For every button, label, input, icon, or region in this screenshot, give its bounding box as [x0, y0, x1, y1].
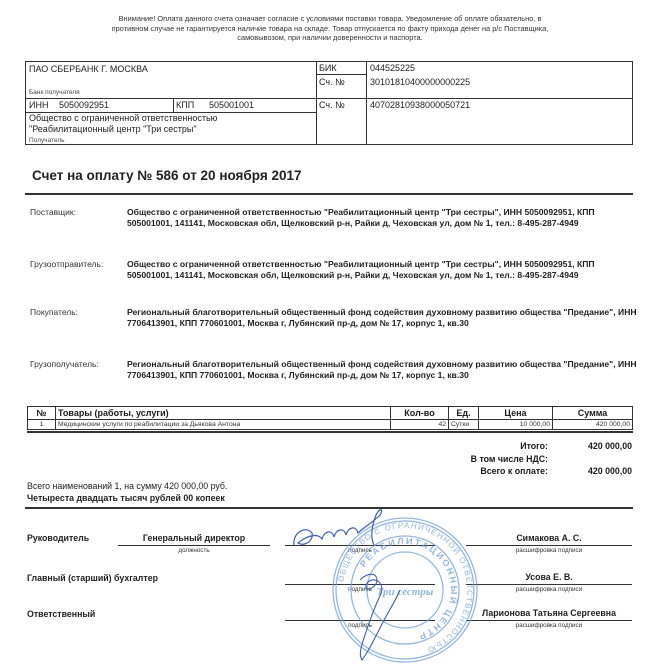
pay-row: Всего к оплате: 420 000,00 — [372, 466, 632, 479]
consignee-label: Грузополучатель: — [30, 359, 130, 369]
kpp-value: 505001001 — [209, 100, 254, 110]
row-unit: Сутки — [449, 420, 479, 430]
corr-account-label: Сч. № — [319, 77, 345, 87]
col-quantity: Кол-во — [391, 407, 449, 420]
bank-name: ПАО СБЕРБАНК Г. МОСКВА — [29, 64, 148, 74]
bank-details-table: ПАО СБЕРБАНК Г. МОСКВА Банк получателя Б… — [25, 61, 633, 145]
total-value: 420 000,00 — [548, 441, 632, 454]
accountant-name-line — [466, 584, 632, 585]
col-sum: Сумма — [553, 407, 633, 420]
head-signature-icon — [284, 505, 404, 565]
summary-divider — [25, 507, 633, 509]
account-label: Сч. № — [319, 100, 345, 110]
total-label: Итого: — [520, 441, 548, 454]
table-row: 1 Медицинские услуги по реабилитации за … — [28, 420, 633, 430]
bik-label: БИК — [319, 63, 337, 73]
accountant-signature-icon — [340, 560, 430, 664]
items-header-row: № Товары (работы, услуги) Кол-во Ед. Цен… — [28, 407, 633, 420]
accountant-signature-caption: подпись — [330, 586, 390, 593]
head-signature-caption: подпись — [330, 547, 390, 554]
responsible-name-line — [466, 620, 632, 621]
recipient-name-line1: Общество с ограниченной ответственностью — [29, 113, 217, 123]
totals-block: Итого: 420 000,00 В том числе НДС: Всего… — [372, 441, 632, 479]
row-goods: Медицинские услуги по реабилитации за Дь… — [56, 420, 391, 430]
bik-value: 044525225 — [370, 63, 415, 73]
pay-value: 420 000,00 — [548, 466, 632, 479]
row-sum: 420 000,00 — [553, 420, 633, 430]
consignee-value: Региональный благотворительный обществен… — [127, 359, 637, 382]
head-name: Симакова А. С. — [466, 533, 632, 543]
kpp-label: КПП — [176, 100, 194, 110]
invoice-title: Счет на оплату № 586 от 20 ноября 2017 — [32, 168, 302, 183]
payment-notice: Внимание! Оплата данного счета означает … — [100, 14, 560, 43]
buyer-label: Покупатель: — [30, 307, 130, 317]
accountant-label: Главный (старший) бухгалтер — [27, 573, 158, 583]
supplier-value: Общество с ограниченной ответственностью… — [127, 207, 637, 230]
buyer-value: Региональный благотворительный обществен… — [127, 307, 637, 330]
shipper-label: Грузоотправитель: — [30, 259, 130, 269]
items-table: № Товары (работы, услуги) Кол-во Ед. Цен… — [27, 406, 633, 430]
vat-value — [548, 454, 632, 467]
pay-label: Всего к оплате: — [480, 466, 548, 479]
row-price: 10 000,00 — [479, 420, 553, 430]
inn-label: ИНН — [29, 100, 48, 110]
col-number: № — [28, 407, 56, 420]
vat-row: В том числе НДС: — [372, 454, 632, 467]
supplier-label: Поставщик: — [30, 207, 130, 217]
responsible-decode-caption: расшифровка подписи — [466, 622, 632, 629]
accountant-name: Усова Е. В. — [466, 572, 632, 582]
position-caption: должность — [118, 547, 270, 554]
accountant-decode-caption: расшифровка подписи — [466, 586, 632, 593]
responsible-signature-line — [285, 620, 435, 621]
responsible-label: Ответственный — [27, 609, 95, 619]
inn-value: 5050092951 — [59, 100, 109, 110]
vat-label: В том числе НДС: — [471, 454, 548, 467]
total-row: Итого: 420 000,00 — [372, 441, 632, 454]
shipper-value: Общество с ограниченной ответственностью… — [127, 259, 637, 282]
row-quantity: 42 — [391, 420, 449, 430]
bank-caption: Банк получателя — [29, 89, 80, 96]
account-value: 40702810938000050721 — [370, 100, 470, 110]
col-unit: Ед. — [449, 407, 479, 420]
head-decode-caption: расшифровка подписи — [466, 547, 632, 554]
table-bottom-rule — [27, 431, 633, 433]
corr-account-value: 30101810400000000225 — [370, 77, 470, 87]
position-line — [118, 545, 270, 546]
accountant-signature-line — [285, 584, 435, 585]
head-signature-line — [285, 545, 435, 546]
row-number: 1 — [28, 420, 56, 430]
head-name-line — [466, 545, 632, 546]
head-label: Руководитель — [27, 533, 89, 543]
responsible-signature-caption: подпись — [330, 622, 390, 629]
responsible-name: Ларионова Татьяна Сергеевна — [466, 608, 632, 618]
amount-in-words: Четыреста двадцать тысяч рублей 00 копее… — [27, 493, 225, 503]
head-position: Генеральный директор — [118, 533, 270, 543]
title-divider — [25, 193, 633, 195]
items-summary: Всего наименований 1, на сумму 420 000,0… — [27, 481, 227, 491]
col-goods: Товары (работы, услуги) — [56, 407, 391, 420]
recipient-caption: Получатель — [29, 137, 65, 144]
col-price: Цена — [479, 407, 553, 420]
recipient-name-line2: "Реабилитационный центр "Три сестры" — [29, 124, 197, 134]
